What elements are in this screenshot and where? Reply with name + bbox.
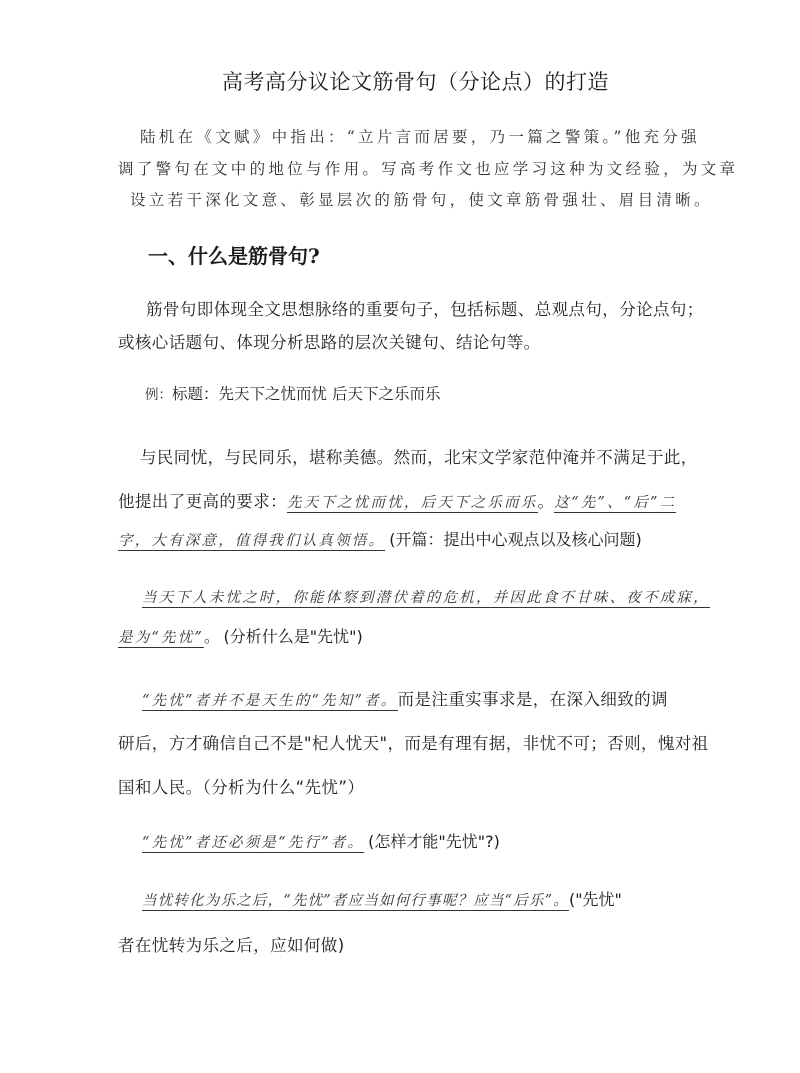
intro-line-1: 陆机在《文赋》中指出：“立片言而居要，乃一篇之警策。”他充分强	[140, 125, 700, 147]
p3-line-3: 国和人民。（分析为什么“先忧”）	[118, 774, 364, 798]
p4-line1-underlined: “先忧”者还必须是“先行”者。	[142, 835, 364, 853]
document-title: 高考高分议论文筋骨句（分论点）的打造	[222, 66, 609, 96]
p3-line1-underlined: “先忧”者并不是天生的“先知”者。	[142, 693, 398, 711]
p3-line-1: “先忧”者并不是天生的“先知”者。而是注重实事求是，在深入细致的调	[142, 686, 668, 710]
p1-line2-tail-underlined: 这“先”、“后”二	[554, 495, 676, 513]
intro-line-2: 调了警句在文中的地位与作用。写高考作文也应学习这种为文经验，为文章	[118, 157, 738, 179]
p3-line-2: 研后，方才确信自己不是"杞人忧天"，而是有理有据，非忧不可；否则，愧对祖	[118, 730, 709, 754]
p1-line2-plain: 他提出了更高的要求：	[118, 492, 287, 511]
p2-line-1: 当天下人未忧之时，你能体察到潜伏着的危机，并因此食不甘味、夜不成寐，	[142, 586, 710, 607]
example-prefix: 例：	[145, 387, 172, 403]
p2-period: 。	[204, 628, 220, 646]
p2-line1-underlined: 当天下人未忧之时，你能体察到潜伏着的危机，并因此食不甘味、夜不成寐，	[142, 590, 710, 608]
p2-annotation: (分析什么是"先忧")	[224, 627, 363, 646]
p5-annotation-start: ("先忧"	[569, 890, 622, 909]
document-page: 高考高分议论文筋骨句（分论点）的打造 陆机在《文赋》中指出：“立片言而居要，乃一…	[0, 0, 800, 1073]
p4-line-1: “先忧”者还必须是“先行”者。 (怎样才能"先忧"?)	[142, 829, 500, 852]
p4-annotation: (怎样才能"先忧"?)	[368, 832, 500, 851]
p1-period: 。	[538, 492, 555, 511]
example-label: 标题：	[172, 385, 219, 403]
p5-line-1: 当忧转化为乐之后，“先忧”者应当如何行事呢？应当“后乐”。("先忧"	[142, 887, 622, 910]
p3-line1-rest: 而是注重实事求是，在深入细致的调	[398, 690, 668, 709]
p1-line-2: 他提出了更高的要求：先天下之忧而忧，后天下之乐而乐。这“先”、“后”二	[118, 488, 676, 512]
p1-annotation: (开篇：提出中心观点以及核心问题)	[389, 530, 642, 549]
p5-line-2: 者在忧转为乐之后，应如何做)	[118, 932, 345, 956]
definition-line-1: 筋骨句即体现全文思想脉络的重要句子，包括标题、总观点句，分论点句；	[146, 296, 704, 320]
p5-line1-underlined: 当忧转化为乐之后，“先忧”者应当如何行事呢？应当“后乐”。	[142, 893, 569, 911]
p1-line-3: 字，大有深意，值得我们认真领悟。 (开篇：提出中心观点以及核心问题)	[118, 527, 642, 550]
definition-line-2: 或核心话题句、体现分析思路的层次关键句、结论句等。	[118, 329, 541, 353]
example-line: 例：标题：先天下之忧而忧 后天下之乐而乐	[145, 382, 440, 404]
p2-line2-underlined: 是为“先忧”	[118, 630, 204, 648]
p2-line-2: 是为“先忧”。 (分析什么是"先忧")	[118, 624, 363, 647]
p1-quote-underlined: 先天下之忧而忧，后天下之乐而乐	[287, 495, 538, 513]
p1-line3-underlined: 字，大有深意，值得我们认真领悟。	[118, 533, 385, 551]
p1-line-1: 与民同忧，与民同乐，堪称美德。然而，北宋文学家范仲淹并不满足于此，	[140, 444, 698, 468]
intro-line-3: 设立若干深化文意、彰显层次的筋骨句，使文章筋骨强壮、眉目清晰。	[130, 188, 713, 210]
example-text: 先天下之忧而忧 后天下之乐而乐	[219, 385, 441, 403]
section-heading: 一、什么是筋骨句?	[148, 240, 320, 269]
